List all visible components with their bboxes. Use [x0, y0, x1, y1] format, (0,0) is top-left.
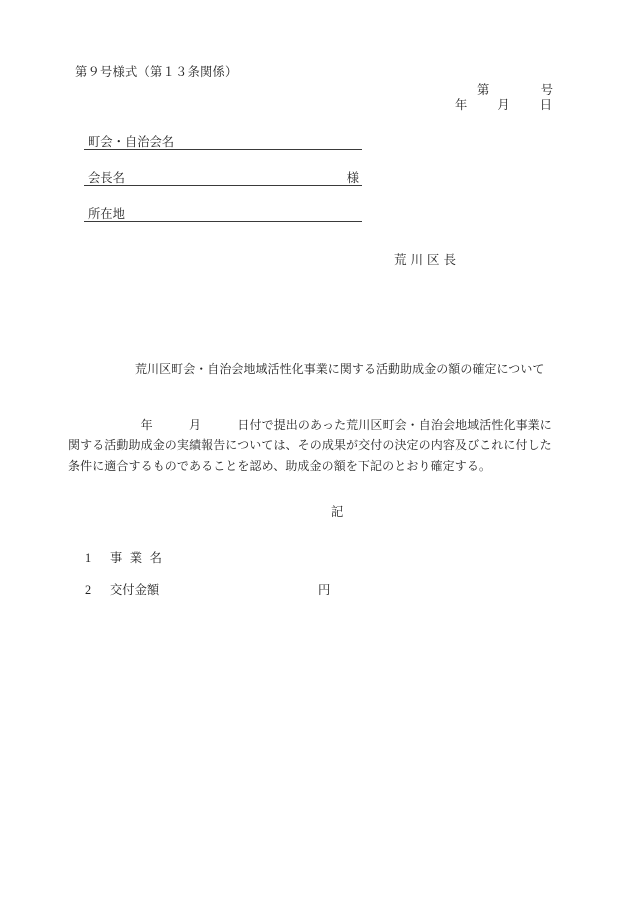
document-page: 第９号様式（第１３条関係） 第 号 年 月 日 町会・自治会名 会長名 様 所在…: [0, 0, 630, 903]
date-day-label: 日: [540, 95, 552, 113]
document-title: 荒川区町会・自治会地域活性化事業に関する活動助成金の額の確定について: [135, 360, 544, 377]
sender-arakawa-mayor: 荒川区長: [394, 250, 460, 268]
item-grant-amount: 2交付金額 円: [85, 580, 159, 598]
date-line: 年 月 日: [455, 95, 552, 113]
date-month-label: 月: [497, 95, 509, 113]
body-line-1: 年 月 日付で提出のあった荒川区町会・自治会地域活性化事業に: [68, 415, 568, 435]
chairman-name-label: 会長名: [84, 168, 125, 186]
yen-unit-label: 円: [318, 580, 330, 598]
association-name-label: 町会・自治会名: [84, 132, 174, 150]
address-field: 所在地: [84, 204, 362, 222]
item-2-label: 交付金額: [110, 583, 159, 597]
body-line-2: 関する活動助成金の実績報告については、その成果が交付の決定の内容及びこれに付した: [68, 435, 568, 455]
item-1-label: 事業名: [110, 551, 169, 565]
item-1-number: 1: [85, 551, 110, 566]
association-name-field: 町会・自治会名: [84, 132, 362, 150]
item-2-number: 2: [85, 583, 110, 598]
body-line-3: 条件に適合するものであることを認め、助成金の額を下記のとおり確定する。: [68, 456, 568, 476]
form-number-label: 第９号様式（第１３条関係）: [75, 62, 237, 80]
chairman-name-field: 会長名 様: [84, 168, 362, 186]
honorific-sama-label: 様: [347, 168, 362, 186]
record-marker: 記: [331, 502, 343, 520]
address-label: 所在地: [84, 204, 125, 222]
date-year-label: 年: [455, 95, 467, 113]
item-project-name: 1事業名: [85, 548, 169, 566]
body-paragraph: 年 月 日付で提出のあった荒川区町会・自治会地域活性化事業に 関する活動助成金の…: [68, 415, 568, 476]
